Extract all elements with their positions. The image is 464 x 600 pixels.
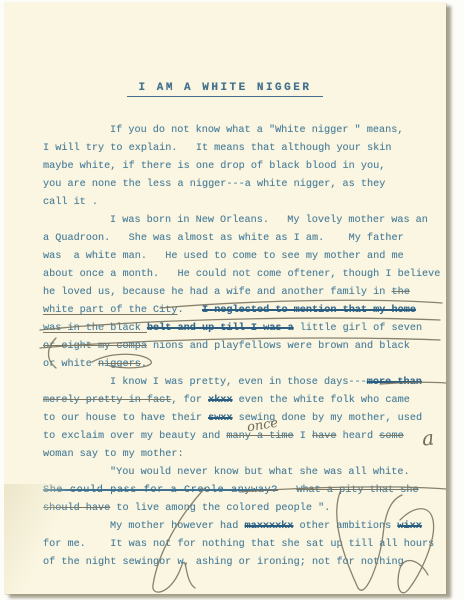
- text-segment: other ambitions: [293, 521, 397, 532]
- text-segment: heard: [336, 431, 379, 442]
- typed-line: to our house to have their swxx sewing d…: [43, 410, 446, 428]
- text-segment: She could pass for a Creole anyway?: [43, 485, 278, 496]
- text-segment: merely pretty in fact: [43, 395, 171, 406]
- text-segment: about once a month. He could not come of…: [43, 269, 440, 280]
- typed-line: woman say to my mother:: [43, 446, 446, 464]
- text-segment: call it .: [43, 197, 98, 208]
- text-segment: woman say to my mother:: [43, 449, 184, 460]
- page-title: I AM A WHITE NIGGER: [4, 82, 446, 94]
- typed-line: you are none the less a nigger---a white…: [43, 176, 446, 194]
- text-segment: nions and playfellows were brown and bla…: [147, 341, 410, 352]
- typed-line: I will try to explain. It means that alt…: [43, 140, 446, 158]
- typed-line: I was born in New Orleans. My lovely mot…: [43, 212, 446, 230]
- text-segment: he loved us, because he had a wife and a…: [43, 287, 391, 298]
- typed-line: I know I was pretty, even in those days-…: [43, 374, 446, 392]
- text-segment: or white: [43, 359, 98, 370]
- text-segment: was in the black: [43, 323, 147, 334]
- manuscript-page: I AM A WHITE NIGGER If you do not know w…: [4, 2, 446, 594]
- text-segment: a Quadroon. She was almost as white as I…: [43, 233, 404, 244]
- text-segment: even the white folk who came: [233, 395, 410, 406]
- typed-line: or white niggers.: [43, 356, 446, 374]
- text-segment: niggers: [98, 359, 141, 370]
- text-segment: What a pity that she: [296, 485, 418, 496]
- text-segment: swxx: [208, 413, 232, 424]
- text-segment: .: [178, 305, 202, 316]
- scanned-manuscript: { "document": { "title": "I AM A WHITE N…: [0, 0, 464, 600]
- text-segment: the: [391, 287, 409, 298]
- typed-line: maybe white, if there is one drop of bla…: [43, 158, 446, 176]
- text-segment: wixx: [397, 521, 421, 532]
- text-segment: more than: [367, 377, 422, 388]
- typed-line: She could pass for a Creole anyway? What…: [43, 482, 446, 500]
- text-segment: maxxxxkx: [245, 521, 294, 532]
- typed-text-body: If you do not know what a "White nigger …: [4, 122, 446, 572]
- text-segment: for me. It was not for nothing that she …: [43, 539, 434, 550]
- typed-line: of the night sewingor w, ashing or ironi…: [43, 554, 446, 572]
- text-segment: of the night sewingor w, ashing or ironi…: [43, 557, 404, 568]
- text-segment: [278, 485, 296, 496]
- text-segment: to live among the colored people ".: [110, 503, 330, 514]
- text-segment: I was born in New Orleans. My lovely mot…: [110, 215, 428, 226]
- typed-line: My mother however had maxxxxkx other amb…: [43, 518, 446, 536]
- page-title-text: I AM A WHITE NIGGER: [127, 82, 324, 97]
- text-segment: If you do not know what a "White nigger …: [110, 125, 403, 136]
- typed-line: merely pretty in fact, for xkxx even the…: [43, 392, 446, 410]
- text-segment: to our house to have their: [43, 413, 208, 424]
- text-segment: belt and up till I was a: [147, 323, 294, 334]
- typed-line: to exclaim over my beauty and many a tim…: [43, 428, 446, 446]
- text-segment: little girl of seven: [294, 323, 422, 334]
- text-segment: , for: [171, 395, 208, 406]
- typed-line: white part of the City. I neglected to m…: [43, 302, 446, 320]
- typed-line: about once a month. He could not come of…: [43, 266, 446, 284]
- text-segment: .: [141, 359, 147, 370]
- typed-line: should have to live among the colored pe…: [43, 500, 446, 518]
- text-segment: have: [312, 431, 336, 442]
- typed-line: he loved us, because he had a wife and a…: [43, 284, 446, 302]
- handwritten-a: a: [421, 425, 435, 450]
- typed-line: a Quadroon. She was almost as white as I…: [43, 230, 446, 248]
- typed-line: was in the black belt and up till I was …: [43, 320, 446, 338]
- text-segment: My mother however had: [110, 521, 245, 532]
- text-segment: "You would never know but what she was a…: [110, 467, 410, 478]
- typed-line: was a white man. He used to come to see …: [43, 248, 446, 266]
- text-segment: white part of the City: [43, 305, 178, 316]
- typed-line: call it .: [43, 194, 446, 212]
- text-segment: or eight my compa: [43, 341, 147, 352]
- text-segment: I: [294, 431, 312, 442]
- text-segment: should have: [43, 503, 110, 514]
- typed-line: or eight my compa nions and playfellows …: [43, 338, 446, 356]
- text-segment: I know I was pretty, even in those days-…: [110, 377, 367, 388]
- text-segment: was a white man. He used to come to see …: [43, 251, 404, 262]
- typed-line: "You would never know but what she was a…: [43, 464, 446, 482]
- typed-line: If you do not know what a "White nigger …: [43, 122, 446, 140]
- text-segment: some: [379, 431, 403, 442]
- text-segment: xkxx: [208, 395, 232, 406]
- text-segment: maybe white, if there is one drop of bla…: [43, 161, 385, 172]
- text-segment: I will try to explain. It means that alt…: [43, 143, 391, 154]
- typed-line: for me. It was not for nothing that she …: [43, 536, 446, 554]
- text-segment: you are none the less a nigger---a white…: [43, 179, 385, 190]
- text-segment: I neglected to mention that my home: [202, 305, 416, 316]
- text-segment: to exclaim over my beauty and: [43, 431, 226, 442]
